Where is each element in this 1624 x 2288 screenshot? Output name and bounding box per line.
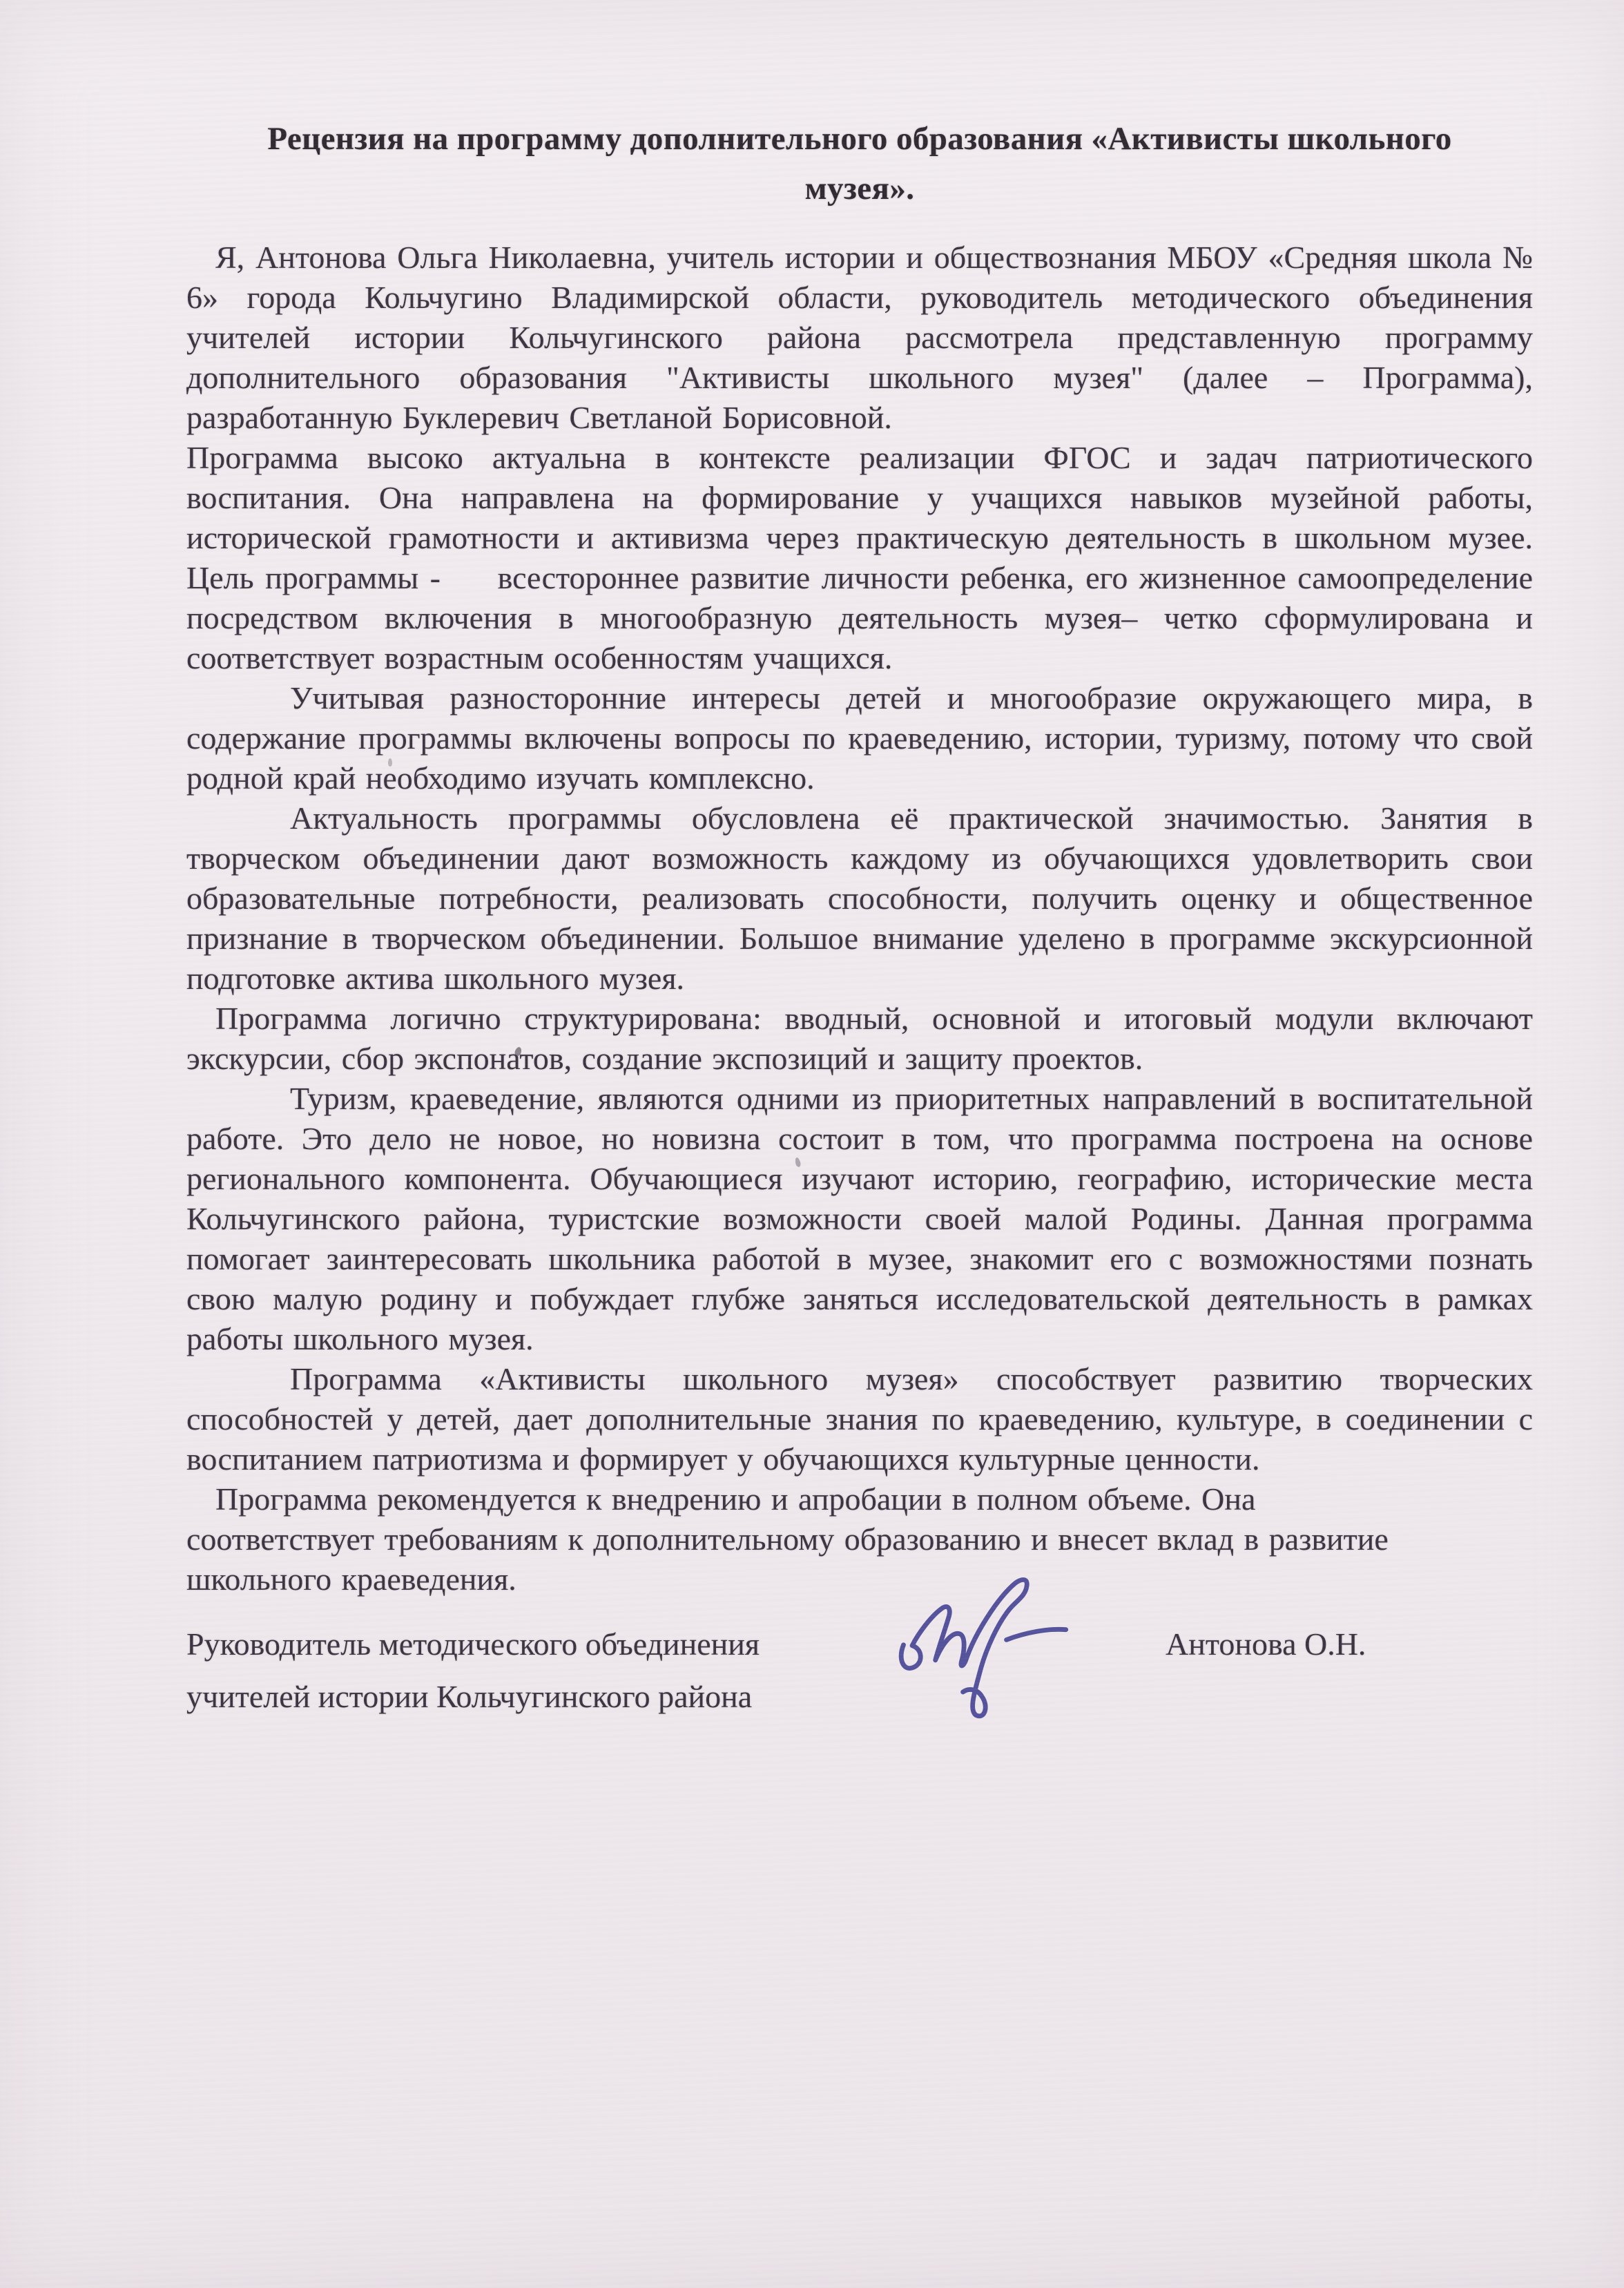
scanned-page: Рецензия на программу дополнительного об… [0,0,1624,2288]
signature-end-dash [1007,1629,1066,1640]
paragraph-practical-value: Актуальность программы обусловлена её пр… [186,798,1533,999]
document-body: Я, Антонова Ольга Николаевна, учитель ис… [186,238,1533,1599]
paragraph-tourism-novelty: Туризм, краеведение, являются одними из … [186,1079,1533,1359]
paragraph-structure: Программа логично структурирована: вводн… [186,999,1533,1079]
paragraph-creative-abilities: Программа «Активисты школьного музея» сп… [186,1359,1533,1479]
paragraph-recommendation: Программа рекомендуется к внедрению и ап… [186,1479,1533,1599]
title-line-1: Рецензия на программу дополнительного об… [186,114,1533,164]
signer-name: Антонова О.Н. [1166,1624,1366,1664]
paragraph-relevance-fgos: Программа высоко актуальна в контексте р… [186,438,1533,678]
title-line-2: музея». [186,164,1533,213]
signature-main-stroke [901,1579,1027,1715]
signer-role-line-2: учителей истории Кольчугинского района [186,1677,752,1717]
document-title: Рецензия на программу дополнительного об… [186,114,1533,213]
handwritten-signature-icon [896,1576,1070,1721]
signer-role-line-1: Руководитель методического объединения [186,1624,760,1664]
paragraph-children-interests: Учитывая разносторонние интересы детей и… [186,678,1533,798]
paragraph-introduction: Я, Антонова Ольга Николаевна, учитель ис… [186,238,1533,438]
